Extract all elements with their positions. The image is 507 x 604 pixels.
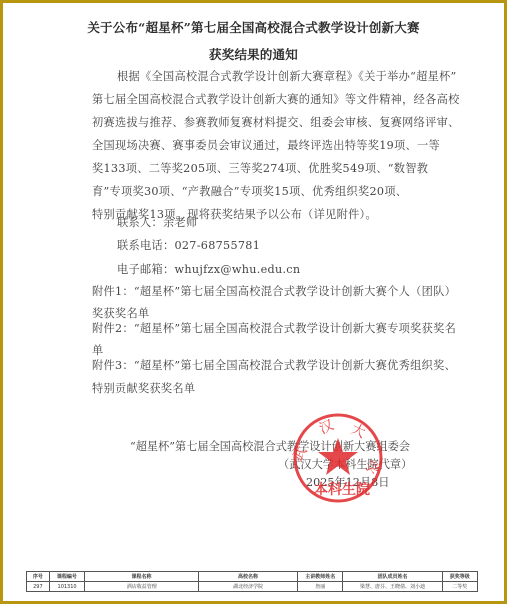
- svg-text:本科生院: 本科生院: [314, 481, 370, 498]
- notice-title-line2: 获奖结果的通知: [0, 45, 507, 63]
- contact-person: 联系人：余老师: [117, 214, 197, 230]
- notice-title-line1: 关于公布“超星杯”第七届全国高校混合式教学设计创新大赛: [0, 18, 507, 36]
- contact-email: 电子邮箱：whujfzx@whu.edu.cn: [117, 261, 300, 277]
- cell-award-level: 二等奖: [442, 582, 477, 592]
- col-header-course-name: 课程名称: [85, 572, 199, 582]
- col-header-index: 序号: [27, 572, 50, 582]
- col-header-school-name: 高校名称: [198, 572, 297, 582]
- official-seal-icon: 汉 大 武 学 本科生院: [292, 412, 384, 504]
- col-header-team-members: 团队成员姓名: [343, 572, 442, 582]
- col-header-lead-teacher: 主讲教师姓名: [298, 572, 343, 582]
- table-row: 297 101310 酒店收益管理 湖北经济学院 詹丽 梁慧、唐芬、王晓倩、刘小…: [27, 582, 478, 592]
- attachment-1-line1[interactable]: 附件1：“超星杯”第七届全国高校混合式教学设计创新大赛个人（团队）: [92, 283, 456, 299]
- attachment-1-line2[interactable]: 奖获奖名单: [92, 305, 149, 321]
- cell-lead-teacher: 詹丽: [298, 582, 343, 592]
- cell-index: 297: [27, 582, 50, 592]
- cell-team-members: 梁慧、唐芬、王晓倩、刘小迪: [343, 582, 442, 592]
- cell-course-name: 酒店收益管理: [85, 582, 199, 592]
- attachment-3-line1[interactable]: 附件3：“超星杯”第七届全国高校混合式教学设计创新大赛优秀组织奖、: [92, 357, 456, 373]
- attachment-2-line1[interactable]: 附件2：“超星杯”第七届全国高校混合式教学设计创新大赛专项奖获奖名: [92, 320, 456, 336]
- body-line-6: 育”专项奖30项、“产教融合”专项奖15项、优秀组织奖20项、: [92, 183, 407, 199]
- body-line-3: 初赛选拔与推荐、参赛教师复赛材料提交、组委会审核、复赛网络评审、: [92, 114, 460, 130]
- cell-school-name: 湖北经济学院: [199, 582, 298, 592]
- body-line-5: 奖133项、二等奖205项、三等奖274项、优胜奖549项、“数智教: [92, 160, 428, 176]
- cell-course-code: 101310: [49, 582, 85, 592]
- body-line-1: 根据《全国高校混合式教学设计创新大赛章程》《关于举办“超星杯”: [117, 68, 457, 84]
- attachment-3-line2[interactable]: 特别贡献奖获奖名单: [92, 380, 195, 396]
- award-table: 297 101310 酒店收益管理 湖北经济学院 詹丽 梁慧、唐芬、王晓倩、刘小…: [26, 581, 478, 592]
- col-header-award-level: 获奖等级: [442, 572, 477, 582]
- body-line-2: 第七届全国高校混合式教学设计创新大赛的通知》等文件精神，经各高校: [92, 91, 460, 107]
- attachment-2-line2[interactable]: 单: [92, 342, 104, 358]
- contact-phone: 联系电话：027-68755781: [117, 237, 260, 253]
- col-header-course-code: 课程编号: [49, 572, 84, 582]
- body-line-4: 全国现场决赛、赛事委员会审议通过，最终评选出特等奖19项、一等: [92, 137, 440, 153]
